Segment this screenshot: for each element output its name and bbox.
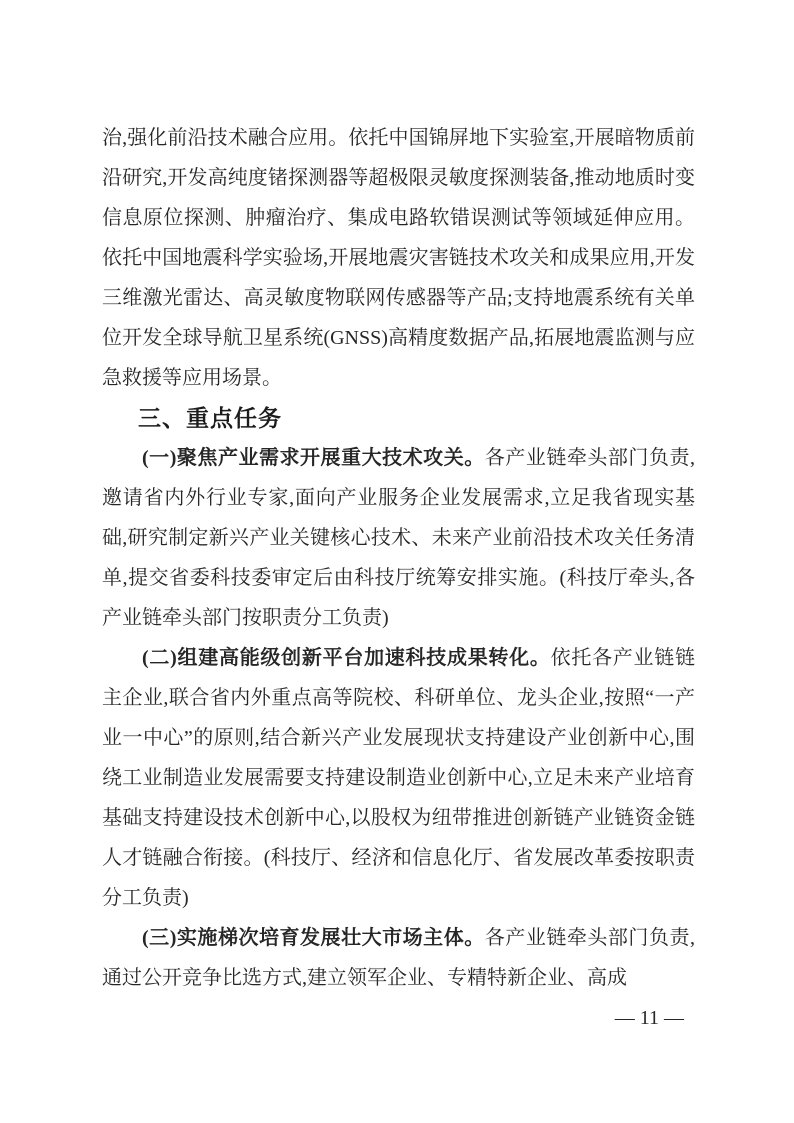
- page-number: — 11 —: [615, 998, 684, 1038]
- paragraph: (一)聚焦产业需求开展重大技术攻关。各产业链牵头部门负责,邀请省内外行业专家,面…: [102, 438, 695, 638]
- paragraph-lead: (一)聚焦产业需求开展重大技术攻关。: [142, 447, 485, 469]
- paragraph: (三)实施梯次培育发展壮大市场主体。各产业链牵头部门负责,通过公开竞争比选方式,…: [102, 918, 695, 998]
- paragraph-text: 治,强化前沿技术融合应用。依托中国锦屏地下实验室,开展暗物质前沿研究,开发高纯度…: [102, 127, 695, 389]
- paragraph-text: 依托各产业链链主企业,联合省内外重点高等院校、科研单位、龙头企业,按照“一产业一…: [102, 647, 695, 909]
- paragraph-lead: (二)组建高能级创新平台加速科技成果转化。: [142, 647, 551, 669]
- paragraph: 治,强化前沿技术融合应用。依托中国锦屏地下实验室,开展暗物质前沿研究,开发高纯度…: [102, 118, 695, 398]
- paragraph-lead: 三、重点任务: [138, 405, 282, 431]
- document-body: 治,强化前沿技术融合应用。依托中国锦屏地下实验室,开展暗物质前沿研究,开发高纯度…: [102, 118, 695, 998]
- paragraph-text: 各产业链牵头部门负责,邀请省内外行业专家,面向产业服务企业发展需求,立足我省现实…: [102, 447, 695, 629]
- paragraph: (二)组建高能级创新平台加速科技成果转化。依托各产业链链主企业,联合省内外重点高…: [102, 638, 695, 918]
- paragraph-lead: (三)实施梯次培育发展壮大市场主体。: [142, 927, 485, 949]
- section-heading: 三、重点任务: [102, 398, 695, 438]
- document-page: 治,强化前沿技术融合应用。依托中国锦屏地下实验室,开展暗物质前沿研究,开发高纯度…: [0, 0, 794, 1123]
